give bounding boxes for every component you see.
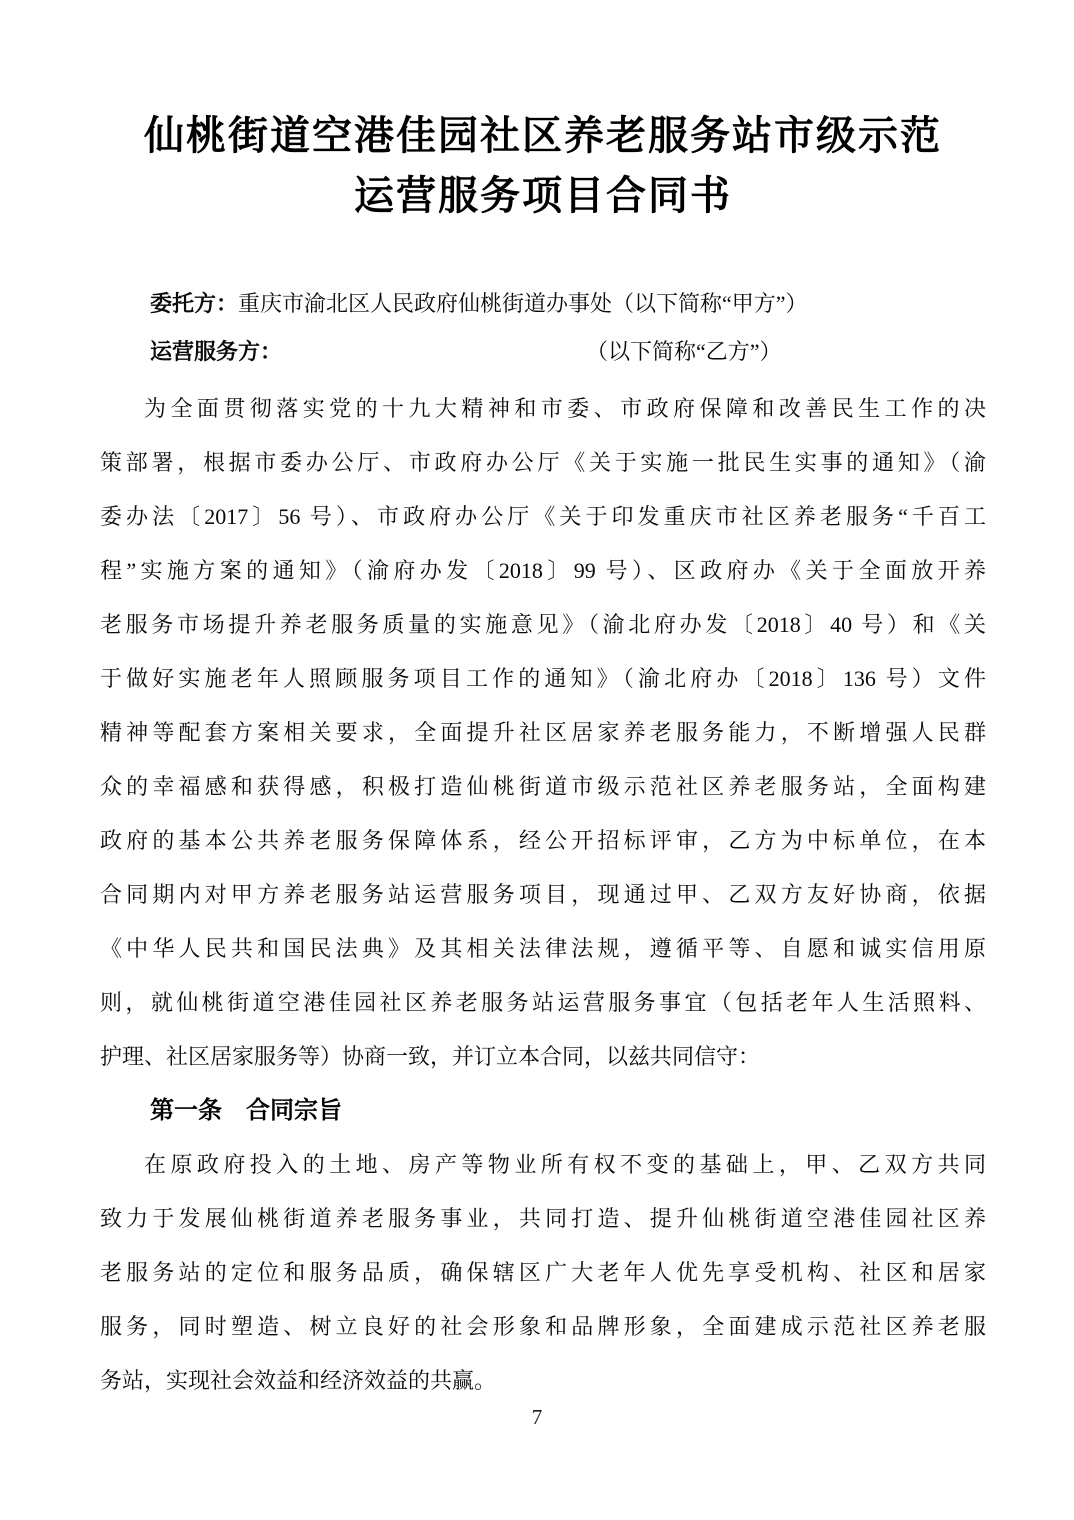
delegator-value: 重庆市渝北区人民政府仙桃街道办事处（以下简称“甲方”）	[238, 291, 808, 316]
preamble-line: 于做好实施老年人照顾服务项目工作的通知》（渝北府办〔2018〕136 号）文件	[100, 652, 986, 706]
section-1-heading: 第一条 合同宗旨	[100, 1084, 986, 1138]
section-1-line: 致力于发展仙桃街道养老服务事业，共同打造、提升仙桃街道空港佳园社区养	[100, 1192, 986, 1246]
preamble-line: 老服务市场提升养老服务质量的实施意见》（渝北府办发〔2018〕40 号）和《关	[100, 598, 986, 652]
preamble-line: 精神等配套方案相关要求，全面提升社区居家养老服务能力，不断增强人民群	[100, 706, 986, 760]
page-number: 7	[0, 1402, 1074, 1432]
section-1-line: 务站，实现社会效益和经济效益的共赢。	[100, 1354, 986, 1408]
preamble-line: 策部署，根据市委办公厅、市政府办公厅《关于实施一批民生实事的通知》（渝	[100, 436, 986, 490]
operator-name-blank	[282, 358, 586, 359]
section-1-line: 在原政府投入的土地、房产等物业所有权不变的基础上，甲、乙双方共同	[100, 1138, 986, 1192]
section-1-paragraph: 在原政府投入的土地、房产等物业所有权不变的基础上，甲、乙双方共同 致力于发展仙桃…	[100, 1138, 986, 1408]
party-operator-line: 运营服务方：（以下简称“乙方”）	[150, 328, 986, 376]
operator-suffix: （以下简称“乙方”）	[586, 339, 782, 364]
preamble-line: 合同期内对甲方养老服务站运营服务项目，现通过甲、乙双方友好协商，依据	[100, 868, 986, 922]
preamble-line: 则，就仙桃街道空港佳园社区养老服务站运营服务事宜（包括老年人生活照料、	[100, 976, 986, 1030]
contract-parties: 委托方：重庆市渝北区人民政府仙桃街道办事处（以下简称“甲方”） 运营服务方：（以…	[100, 280, 986, 376]
delegator-label: 委托方：	[150, 291, 238, 316]
preamble-line: 政府的基本公共养老服务保障体系，经公开招标评审，乙方为中标单位，在本	[100, 814, 986, 868]
party-delegator-line: 委托方：重庆市渝北区人民政府仙桃街道办事处（以下简称“甲方”）	[150, 280, 986, 328]
document-content: 仙桃街道空港佳园社区养老服务站市级示范 运营服务项目合同书 委托方：重庆市渝北区…	[100, 0, 986, 1408]
section-1-line: 老服务站的定位和服务品质，确保辖区广大老年人优先享受机构、社区和居家	[100, 1246, 986, 1300]
preamble-paragraph: 为全面贯彻落实党的十九大精神和市委、市政府保障和改善民生工作的决 策部署，根据市…	[100, 382, 986, 1084]
preamble-line: 为全面贯彻落实党的十九大精神和市委、市政府保障和改善民生工作的决	[100, 382, 986, 436]
preamble-line: 程”实施方案的通知》（渝府办发〔2018〕99 号）、区政府办《关于全面放开养	[100, 544, 986, 598]
section-1-line: 服务，同时塑造、树立良好的社会形象和品牌形象，全面建成示范社区养老服	[100, 1300, 986, 1354]
preamble-line: 众的幸福感和获得感，积极打造仙桃街道市级示范社区养老服务站，全面构建	[100, 760, 986, 814]
operator-label: 运营服务方：	[150, 339, 282, 364]
document-title-line-1: 仙桃街道空港佳园社区养老服务站市级示范	[100, 106, 986, 166]
document-title: 仙桃街道空港佳园社区养老服务站市级示范 运营服务项目合同书	[100, 106, 986, 226]
document-title-line-2: 运营服务项目合同书	[100, 166, 986, 226]
preamble-line: 《中华人民共和国民法典》及其相关法律法规，遵循平等、自愿和诚实信用原	[100, 922, 986, 976]
preamble-line: 护理、社区居家服务等）协商一致，并订立本合同，以兹共同信守：	[100, 1030, 986, 1084]
preamble-line: 委办法〔2017〕56 号）、市政府办公厅《关于印发重庆市社区养老服务“千百工	[100, 490, 986, 544]
document-page: 仙桃街道空港佳园社区养老服务站市级示范 运营服务项目合同书 委托方：重庆市渝北区…	[0, 0, 1074, 1520]
